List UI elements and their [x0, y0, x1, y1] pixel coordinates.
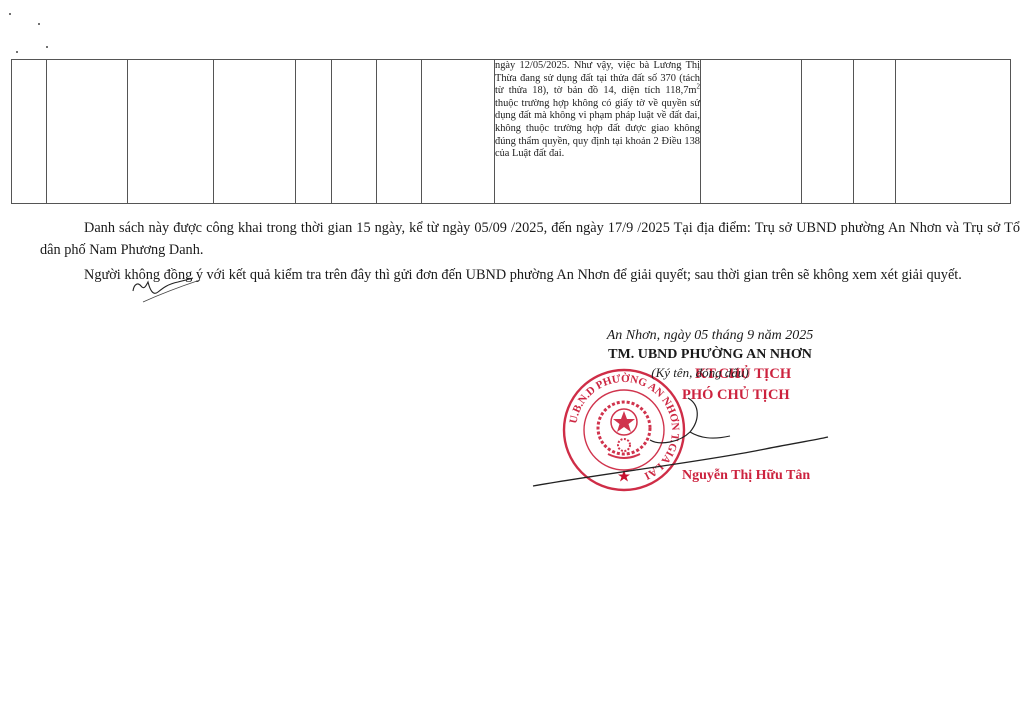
table-cell-empty	[128, 60, 214, 204]
signature-note: (Ký tên, đóng dấu)	[625, 365, 775, 381]
signature-role-line2: PHÓ CHỦ TỊCH	[682, 387, 790, 404]
scan-speck	[46, 46, 48, 48]
land-list-table: ngày 12/05/2025. Như vậy, việc bà Lương …	[11, 59, 1011, 204]
table-cell-empty	[854, 60, 896, 204]
signature-organization: TM. UBND PHƯỜNG AN NHƠN	[565, 347, 855, 363]
scan-speck	[9, 13, 11, 15]
table-cell-empty	[296, 60, 332, 204]
scan-speck	[16, 51, 18, 53]
signer-name: Nguyễn Thị Hữu Tân	[682, 468, 810, 484]
table-cell-verification-result: ngày 12/05/2025. Như vậy, việc bà Lương …	[495, 60, 701, 204]
table-cell-empty	[12, 60, 47, 204]
announcement-paragraph: Danh sách này được công khai trong thời …	[40, 217, 1020, 261]
objection-paragraph: Người không đồng ý với kết quả kiểm tra …	[40, 264, 1020, 286]
scan-speck	[38, 23, 40, 25]
national-emblem-icon	[598, 402, 650, 458]
official-stamp-icon: U.B.N.D PHƯỜNG AN NHƠN T.GIA LAI	[560, 366, 688, 494]
announcement-text: Danh sách này được công khai trong thời …	[40, 220, 1020, 258]
table-cell-empty	[332, 60, 377, 204]
verification-text-part1: ngày 12/05/2025. Như vậy, việc bà Lương …	[495, 60, 700, 96]
table-cell-empty	[422, 60, 495, 204]
table-cell-empty	[802, 60, 854, 204]
table-cell-empty	[701, 60, 802, 204]
table-cell-empty	[896, 60, 1011, 204]
superscript-unit: 2	[697, 83, 701, 91]
table-cell-empty	[214, 60, 296, 204]
stamp-star-icon	[618, 470, 630, 482]
table-cell-empty	[47, 60, 128, 204]
verification-text-part2: thuộc trường hợp không có giấy tờ về quy…	[495, 98, 700, 159]
table-cell-empty	[377, 60, 422, 204]
objection-text: Người không đồng ý với kết quả kiểm tra …	[84, 267, 962, 283]
signature-place-date: An Nhơn, ngày 05 tháng 9 năm 2025	[565, 328, 855, 344]
table-row: ngày 12/05/2025. Như vậy, việc bà Lương …	[12, 60, 1011, 204]
